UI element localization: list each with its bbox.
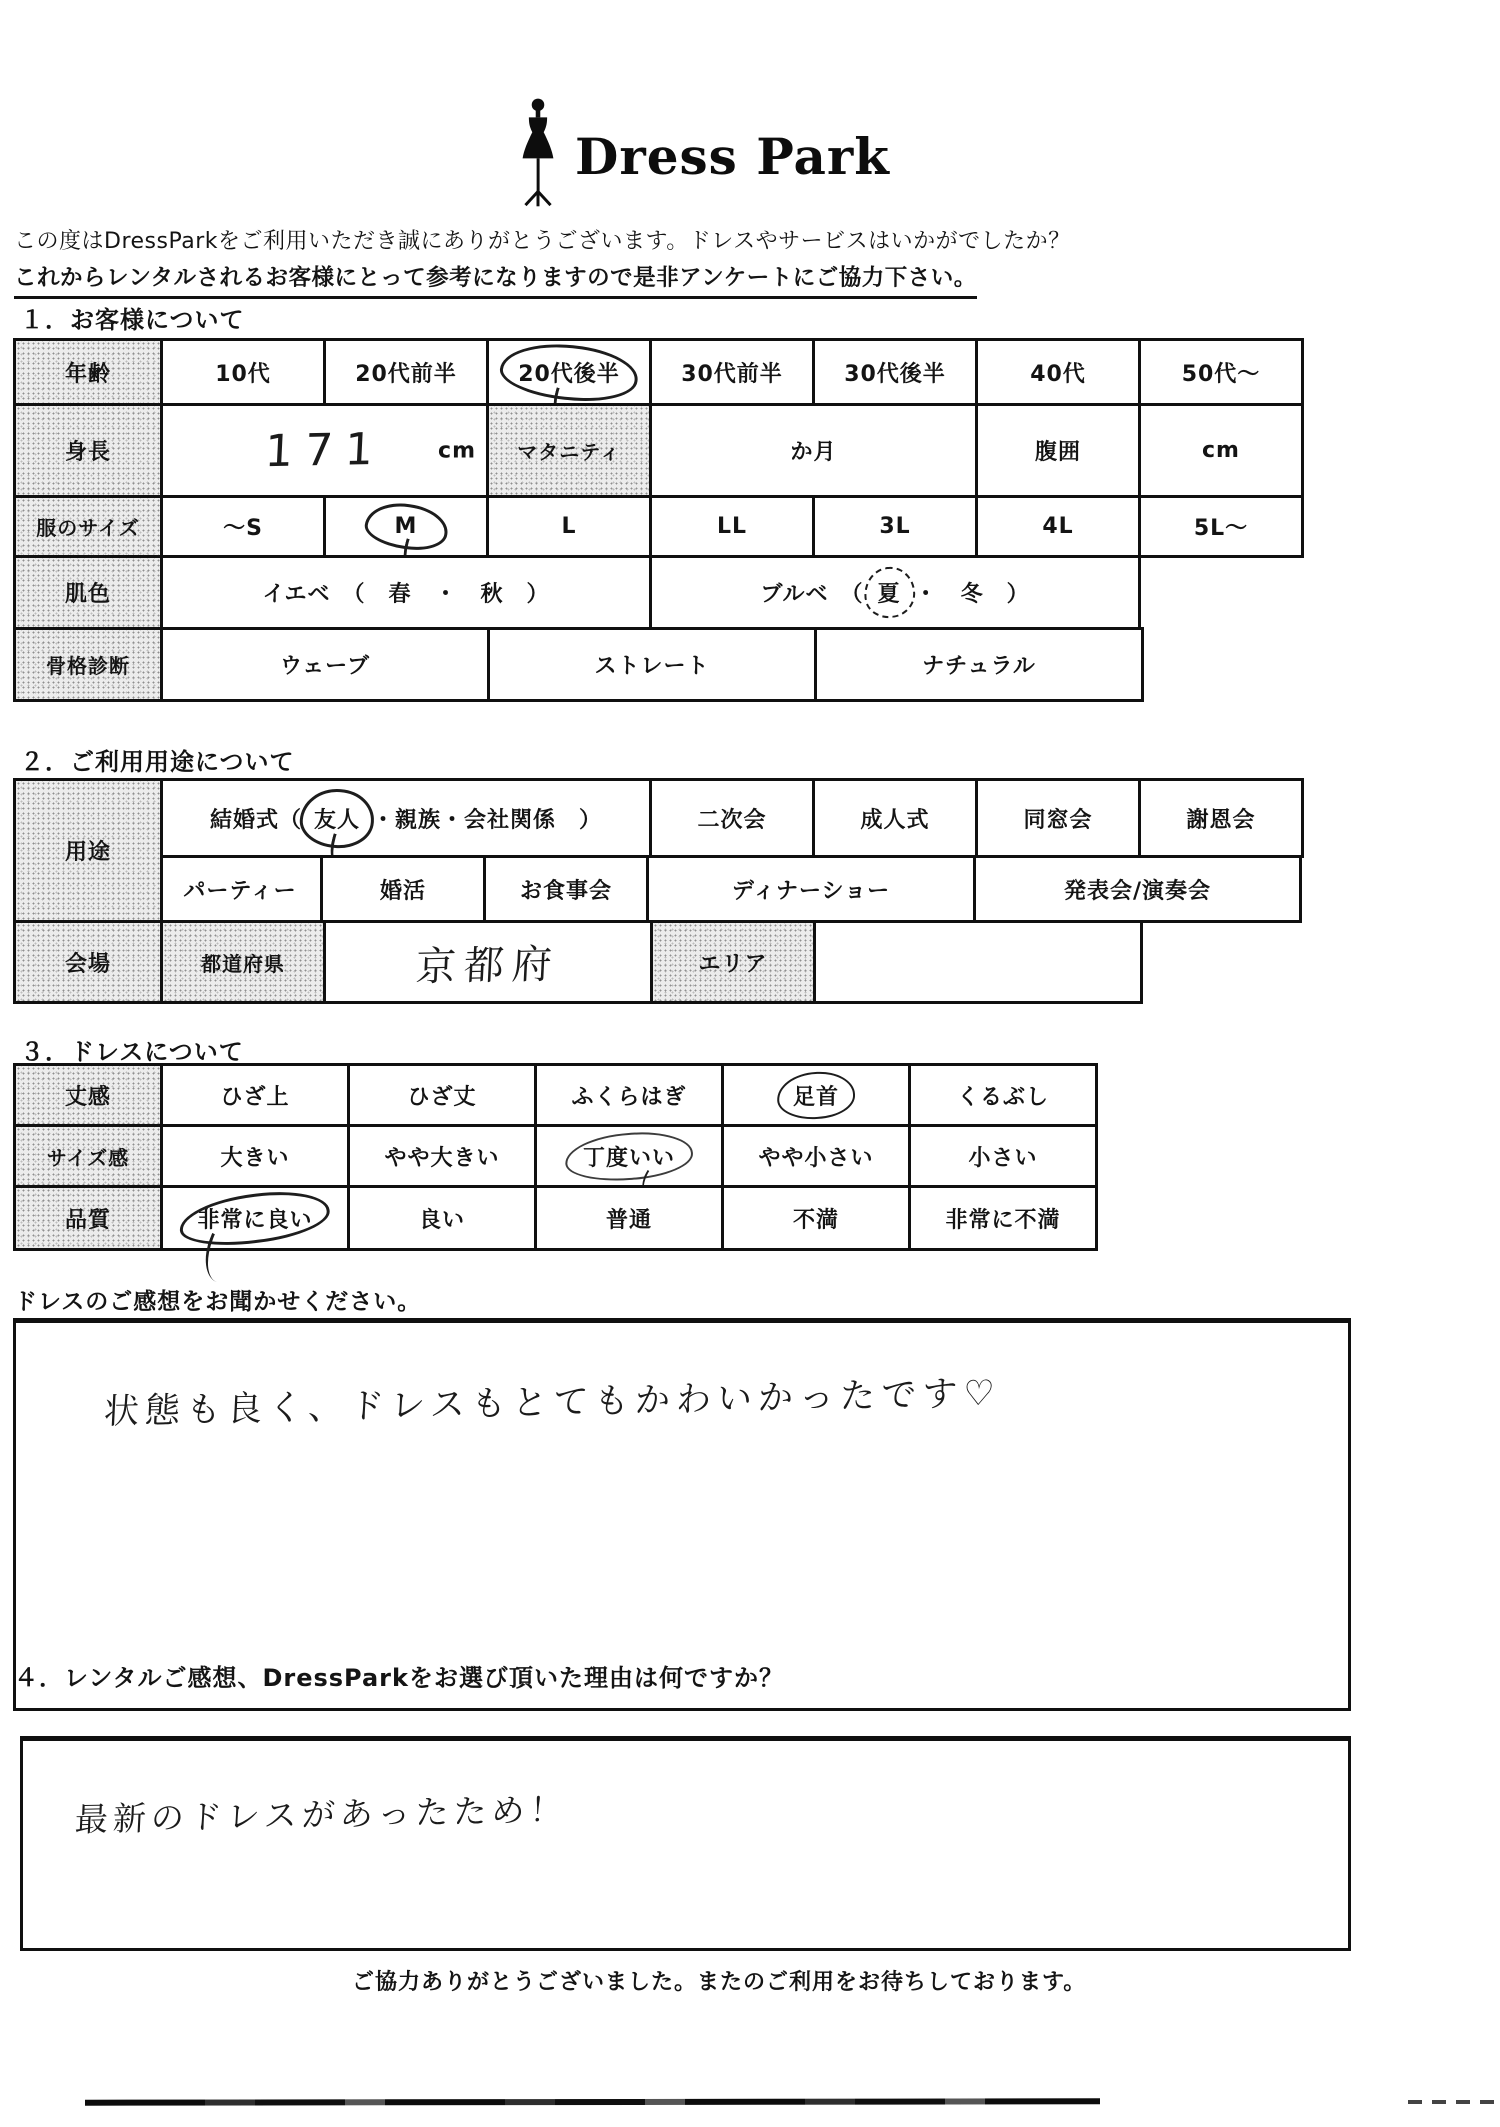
reason-handwriting: 最新のドレスがあったため！ (74, 1784, 569, 1841)
quality-option-cell: 非常に不満 (908, 1185, 1098, 1251)
selection-circle: 丁度いい (579, 1141, 679, 1172)
size-option-cell: ～S (160, 495, 326, 558)
skin-yellow-cell: イエベ （ 春 ・ 秋 ） (160, 555, 652, 630)
wedding-suffix: ・親族・会社関係 ） (372, 803, 602, 834)
purpose-option-cell: 謝恩会 (1138, 778, 1304, 858)
selection-circle: 非常に良い (193, 1203, 316, 1234)
fit-option-cell: 小さい (908, 1124, 1098, 1188)
brand-name: Dress Park (575, 127, 890, 212)
maternity-months-cell: か月 (649, 403, 978, 498)
height-value-cell: 171 cm (160, 403, 489, 498)
prefecture-handwritten-value: 京都府 (415, 932, 562, 992)
fit-label-cell: サイズ感 (13, 1124, 163, 1188)
usage-row2: パーティー 婚活 お食事会 ディナーショー 発表会/演奏会 (13, 855, 1304, 923)
size-option-cell: 5L～ (1138, 495, 1304, 558)
skin-label-cell: 肌色 (13, 555, 163, 630)
dress-form-icon (515, 98, 561, 212)
waist-label-cell: 腹囲 (975, 403, 1141, 498)
section2-title: ２．ご利用用途について (20, 742, 295, 777)
frame-option-cell: ナチュラル (814, 627, 1144, 702)
length-option-cell: くるぶし (908, 1063, 1098, 1127)
survey-page: Dress Park この度はDressParkをご利用いただき誠にありがとうご… (0, 0, 1500, 2127)
usage-row1: 用途 結婚式（ 友人 ・親族・会社関係 ） 二次会 成人式 同窓会 謝恩会 (13, 778, 1304, 858)
age-row: 年齢 10代 20代前半 20代後半 30代前半 30代後半 40代 50代～ (13, 338, 1304, 406)
age-label-cell: 年齢 (13, 338, 163, 406)
venue-row: 会場 都道府県 京都府 エリア (13, 920, 1304, 1004)
height-row: 身長 171 cm マタニティ か月 腹囲 cm (13, 403, 1304, 498)
dress-comment-box: 状態も良く、ドレスもとてもかわいかったです♡ (13, 1318, 1351, 1711)
frame-label-cell: 骨格診断 (13, 627, 163, 702)
wedding-prefix: 結婚式（ (210, 803, 302, 834)
fit-option-cell: やや小さい (721, 1124, 911, 1188)
selection-circle: 20代後半 (514, 357, 624, 388)
purpose-option-cell: 成人式 (812, 778, 978, 858)
section1-title: １．お客様について (20, 300, 245, 335)
length-option-cell-selected: 足首 (721, 1063, 911, 1127)
intro-line1: この度はDressParkをご利用いただき誠にありがとうございます。ドレスやサー… (14, 224, 1071, 255)
area-value-cell (813, 920, 1143, 1004)
selection-circle: 友人 (310, 803, 364, 834)
scan-artifact-line (85, 2098, 1100, 2105)
age-option-cell: 50代～ (1138, 338, 1304, 406)
size-option-cell: 3L (812, 495, 978, 558)
fit-option-cell-selected: 丁度いい (534, 1124, 724, 1188)
frame-option-cell: ウェーブ (160, 627, 490, 702)
height-label-cell: 身長 (13, 403, 163, 498)
quality-row: 品質 非常に良い 良い 普通 不満 非常に不満 (13, 1185, 1098, 1251)
age-option-cell: 30代前半 (649, 338, 815, 406)
area-label-cell: エリア (650, 920, 816, 1004)
length-label-cell: 丈感 (13, 1063, 163, 1127)
length-option-cell: ひざ上 (160, 1063, 350, 1127)
fit-option-cell: やや大きい (347, 1124, 537, 1188)
purpose-option-cell: パーティー (157, 855, 323, 923)
quality-option-cell: 良い (347, 1185, 537, 1251)
size-row: 服のサイズ ～S M L LL 3L 4L 5L～ (13, 495, 1304, 558)
purpose-option-cell: 発表会/演奏会 (973, 855, 1302, 923)
skin-row: 肌色 イエベ （ 春 ・ 秋 ） ブルベ （ 夏 ・ 冬 ） (13, 555, 1304, 630)
venue-label-cell: 会場 (13, 920, 163, 1004)
customer-table: 年齢 10代 20代前半 20代後半 30代前半 30代後半 40代 50代～ … (13, 338, 1304, 702)
purpose-option-cell: 婚活 (320, 855, 486, 923)
height-unit: cm (438, 438, 476, 463)
purpose-option-cell: お食事会 (483, 855, 649, 923)
size-option-cell: LL (649, 495, 815, 558)
selection-circle: 夏 (874, 577, 905, 608)
fit-row: サイズ感 大きい やや大きい 丁度いい やや小さい 小さい (13, 1124, 1098, 1188)
quality-option-cell: 普通 (534, 1185, 724, 1251)
age-option-cell-selected: 20代後半 (486, 338, 652, 406)
age-option-cell: 20代前半 (323, 338, 489, 406)
size-option-cell: 4L (975, 495, 1141, 558)
length-option-cell: ひざ丈 (347, 1063, 537, 1127)
skin-blue-cell: ブルベ （ 夏 ・ 冬 ） (649, 555, 1141, 630)
dress-comment-prompt: ドレスのご感想をお聞かせください。 (14, 1283, 421, 1316)
wedding-cell: 結婚式（ 友人 ・親族・会社関係 ） (160, 778, 652, 858)
reason-box: 最新のドレスがあったため！ (20, 1736, 1351, 1951)
frame-row: 骨格診断 ウェーブ ストレート ナチュラル (13, 627, 1304, 702)
brand-logo: Dress Park (515, 98, 890, 212)
size-label-cell: 服のサイズ (13, 495, 163, 558)
dress-table: 丈感 ひざ上 ひざ丈 ふくらはぎ 足首 くるぶし サイズ感 大きい やや大きい … (13, 1063, 1098, 1251)
prefecture-label-cell: 都道府県 (160, 920, 326, 1004)
section3-title: ３．ドレスについて (20, 1032, 244, 1067)
size-option-cell-selected: M (323, 495, 489, 558)
length-option-cell: ふくらはぎ (534, 1063, 724, 1127)
prefecture-value-cell: 京都府 (323, 920, 653, 1004)
age-option-cell: 10代 (160, 338, 326, 406)
purpose-option-cell: 二次会 (649, 778, 815, 858)
intro-line2: これからレンタルされるお客様にとって参考になりますので是非アンケートにご協力下さ… (14, 260, 977, 299)
height-handwritten-value: 171 (263, 424, 385, 478)
size-option-cell: L (486, 495, 652, 558)
frame-option-cell: ストレート (487, 627, 817, 702)
maternity-label-cell: マタニティ (486, 403, 652, 498)
selection-circle: M (391, 514, 422, 539)
skin-blue-suffix: ・ 冬 ） (915, 577, 1030, 608)
dress-comment-handwriting: 状態も良く、ドレスもとてもかわいかったです♡ (103, 1366, 1002, 1435)
quality-option-cell-selected: 非常に良い (160, 1185, 350, 1251)
usage-table: 用途 結婚式（ 友人 ・親族・会社関係 ） 二次会 成人式 同窓会 謝恩会 パー… (13, 778, 1304, 1004)
length-row: 丈感 ひざ上 ひざ丈 ふくらはぎ 足首 くるぶし (13, 1063, 1098, 1127)
scan-artifact-marks (1408, 2100, 1494, 2104)
purpose-option-cell: ディナーショー (646, 855, 976, 923)
quality-label-cell: 品質 (13, 1185, 163, 1251)
selection-circle: 足首 (789, 1080, 843, 1111)
fit-option-cell: 大きい (160, 1124, 350, 1188)
age-option-cell: 30代後半 (812, 338, 978, 406)
footer-thanks: ご協力ありがとうございました。またのご利用をお待ちしております。 (352, 1965, 1086, 1996)
purpose-label-cell: 用途 (13, 778, 163, 923)
skin-blue-prefix: ブルベ （ (760, 577, 863, 608)
reason-title: ４．レンタルご感想、DressParkをお選び頂いた理由は何ですか？ (14, 1658, 784, 1693)
purpose-option-cell: 同窓会 (975, 778, 1141, 858)
age-option-cell: 40代 (975, 338, 1141, 406)
quality-option-cell: 不満 (721, 1185, 911, 1251)
waist-unit-cell: cm (1138, 403, 1304, 498)
